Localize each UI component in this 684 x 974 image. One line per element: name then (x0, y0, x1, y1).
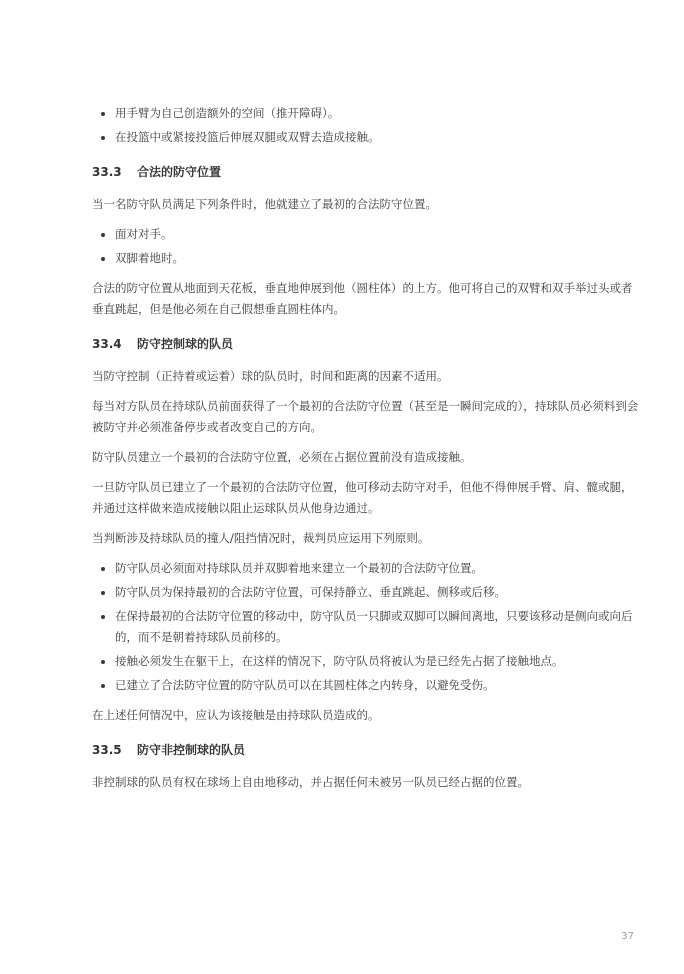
list-item: 接触必须发生在躯干上，在这样的情况下，防守队员将被认为是已经先占据了接触地点。 (115, 651, 642, 672)
section-number: 33.3 (92, 162, 137, 183)
list-item: 在保持最初的合法防守位置的移动中，防守队员一只脚或双脚可以瞬间离地，只要该移动是… (115, 606, 642, 648)
document-page: 用手臂为自己创造额外的空间（推开障碍）。 在投篮中或紧接投篮后伸展双腿或双臂去造… (0, 0, 684, 974)
bullet-list-intro: 用手臂为自己创造额外的空间（推开障碍）。 在投篮中或紧接投篮后伸展双腿或双臂去造… (92, 103, 642, 148)
paragraph: 非控制球的队员有权在球场上自由地移动，并占据任何未被另一队员已经占据的位置。 (92, 772, 642, 793)
paragraph: 当防守控制（正持着或运着）球的队员时，时间和距离的因素不适用。 (92, 366, 642, 387)
list-item: 面对对手。 (115, 224, 642, 245)
paragraph: 当判断涉及持球队员的撞人/阻挡情况时，裁判员应运用下列原则。 (92, 528, 642, 549)
section-heading-33-3: 33.3 合法的防守位置 (92, 162, 642, 183)
list-item: 已建立了合法防守位置的防守队员可以在其圆柱体之内转身，以避免受伤。 (115, 675, 642, 696)
section-heading-33-4: 33.4 防守控制球的队员 (92, 334, 642, 355)
section-heading-33-5: 33.5 防守非控制球的队员 (92, 740, 642, 761)
section-title: 防守非控制球的队员 (137, 740, 642, 761)
paragraph: 一旦防守队员已建立了一个最初的合法防守位置，他可移动去防守对手，但他不得伸展手臂… (92, 477, 642, 519)
list-item: 防守队员为保持最初的合法防守位置，可保持静立、垂直跳起、侧移或后移。 (115, 582, 642, 603)
list-item: 在投篮中或紧接投篮后伸展双腿或双臂去造成接触。 (115, 127, 642, 148)
section-number: 33.5 (92, 740, 137, 761)
section-title: 防守控制球的队员 (137, 334, 642, 355)
bullet-list-33-3: 面对对手。 双脚着地时。 (92, 224, 642, 269)
bullet-list-33-4: 防守队员必须面对持球队员并双脚着地来建立一个最初的合法防守位置。 防守队员为保持… (92, 558, 642, 696)
paragraph: 每当对方队员在持球队员前面获得了一个最初的合法防守位置（甚至是一瞬间完成的），持… (92, 396, 642, 438)
paragraph: 当一名防守队员满足下列条件时，他就建立了最初的合法防守位置。 (92, 194, 642, 215)
section-title: 合法的防守位置 (137, 162, 642, 183)
list-item: 用手臂为自己创造额外的空间（推开障碍）。 (115, 103, 642, 124)
document-content: 用手臂为自己创造额外的空间（推开障碍）。 在投篮中或紧接投篮后伸展双腿或双臂去造… (0, 0, 684, 793)
list-item: 双脚着地时。 (115, 248, 642, 269)
section-number: 33.4 (92, 334, 137, 355)
paragraph: 合法的防守位置从地面到天花板，垂直地伸展到他（圆柱体）的上方。他可将自己的双臂和… (92, 278, 642, 320)
paragraph: 在上述任何情况中，应认为该接触是由持球队员造成的。 (92, 705, 642, 726)
paragraph: 防守队员建立一个最初的合法防守位置，必须在占据位置前没有造成接触。 (92, 447, 642, 468)
list-item: 防守队员必须面对持球队员并双脚着地来建立一个最初的合法防守位置。 (115, 558, 642, 579)
page-number: 37 (621, 931, 634, 942)
